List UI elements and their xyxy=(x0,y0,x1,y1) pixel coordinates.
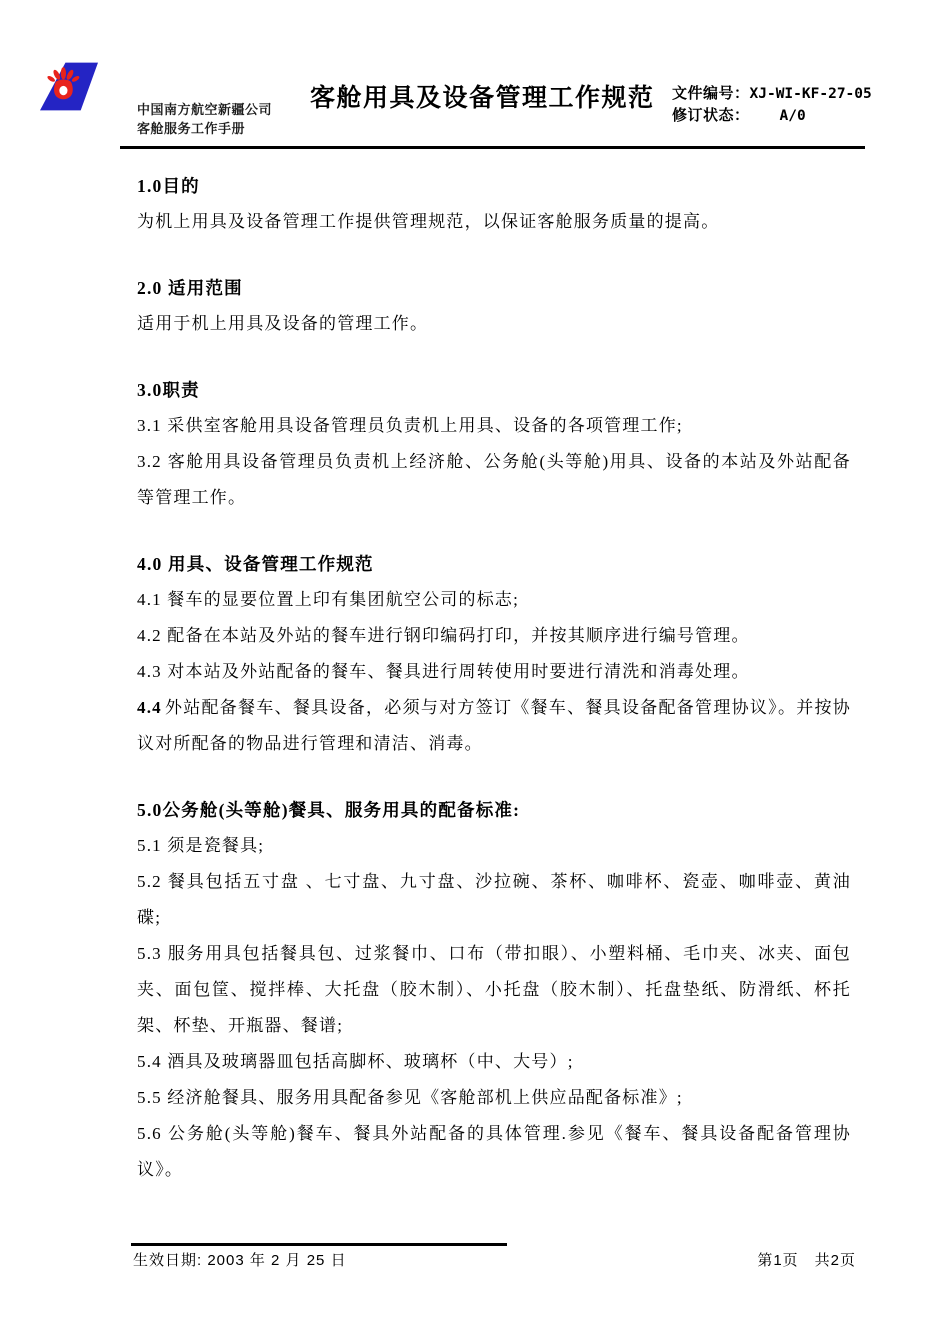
section-paragraph: 4.1 餐车的显要位置上印有集团航空公司的标志; xyxy=(137,582,851,618)
document-number-value: XJ-WI-KF-27-05 xyxy=(750,86,872,102)
section-paragraph: 为机上用具及设备管理工作提供管理规范，以保证客舱服务质量的提高。 xyxy=(137,204,851,240)
company-name-line1: 中国南方航空新疆公司 xyxy=(137,100,272,119)
section-paragraph: 4.3 对本站及外站配备的餐车、餐具进行周转使用时要进行清洗和消毒处理。 xyxy=(137,654,851,690)
section-paragraph: 5.2 餐具包括五寸盘 、七寸盘、九寸盘、沙拉碗、茶杯、咖啡杯、瓷壶、咖啡壶、黄… xyxy=(137,864,851,936)
section-paragraph: 3.2 客舱用具设备管理员负责机上经济舱、公务舱(头等舱)用具、设备的本站及外站… xyxy=(137,444,851,516)
section-heading-responsibility: 3.0职责 xyxy=(137,372,851,408)
document-page: 中国南方航空新疆公司 客舱服务工作手册 客舱用具及设备管理工作规范 文件编号：X… xyxy=(0,0,950,1344)
header-divider xyxy=(120,146,865,149)
section-paragraph: 5.1 须是瓷餐具; xyxy=(137,828,851,864)
footer-divider xyxy=(131,1243,507,1246)
effective-date: 生效日期: 2003 年 2 月 25 日 xyxy=(133,1249,347,1270)
section-paragraph: 5.4 酒具及玻璃器皿包括高脚杯、玻璃杯（中、大号）; xyxy=(137,1044,851,1080)
section-paragraph: 5.3 服务用具包括餐具包、过浆餐巾、口布（带扣眼）、小塑料桶、毛巾夹、冰夹、面… xyxy=(137,936,851,1044)
section-paragraph: 适用于机上用具及设备的管理工作。 xyxy=(137,306,851,342)
airline-tail-logo-icon xyxy=(40,62,98,111)
revision-status-value: A/0 xyxy=(750,108,806,124)
section-paragraph: 5.5 经济舱餐具、服务用具配备参见《客舱部机上供应品配备标准》; xyxy=(137,1080,851,1116)
document-number-row: 文件编号：XJ-WI-KF-27-05 xyxy=(672,83,872,105)
section-paragraph: 3.1 采供室客舱用具设备管理员负责机上用具、设备的各项管理工作; xyxy=(137,408,851,444)
section-paragraph: 5.6 公务舱(头等舱)餐车、餐具外站配备的具体管理.参见《餐车、餐具设备配备管… xyxy=(137,1116,851,1188)
clause-number: 4.4 xyxy=(137,698,162,717)
page-number: 第1页 共2页 xyxy=(757,1249,856,1270)
revision-status-row: 修订状态：A/0 xyxy=(672,105,872,127)
company-manual-line2: 客舱服务工作手册 xyxy=(137,119,272,138)
section-heading-purpose: 1.0目的 xyxy=(137,168,851,204)
section-heading-management-spec: 4.0 用具、设备管理工作规范 xyxy=(137,546,851,582)
section-heading-equipment-standard: 5.0公务舱(头等舱)餐具、服务用具的配备标准: xyxy=(137,792,851,828)
company-name-block: 中国南方航空新疆公司 客舱服务工作手册 xyxy=(137,100,272,138)
document-title: 客舱用具及设备管理工作规范 xyxy=(310,78,655,114)
section-paragraph: 4.4外站配备餐车、餐具设备，必须与对方签订《餐车、餐具设备配备管理协议》。并按… xyxy=(137,690,851,762)
document-meta-block: 文件编号：XJ-WI-KF-27-05 修订状态：A/0 xyxy=(672,83,872,127)
document-number-label: 文件编号： xyxy=(672,85,750,102)
section-paragraph: 4.2 配备在本站及外站的餐车进行钢印编码打印，并按其顺序进行编号管理。 xyxy=(137,618,851,654)
revision-status-label: 修订状态： xyxy=(672,107,750,124)
clause-text: 外站配备餐车、餐具设备，必须与对方签订《餐车、餐具设备配备管理协议》。并按协议对… xyxy=(137,698,851,753)
section-heading-scope: 2.0 适用范围 xyxy=(137,270,851,306)
document-body: 1.0目的 为机上用具及设备管理工作提供管理规范，以保证客舱服务质量的提高。 2… xyxy=(137,168,851,1188)
